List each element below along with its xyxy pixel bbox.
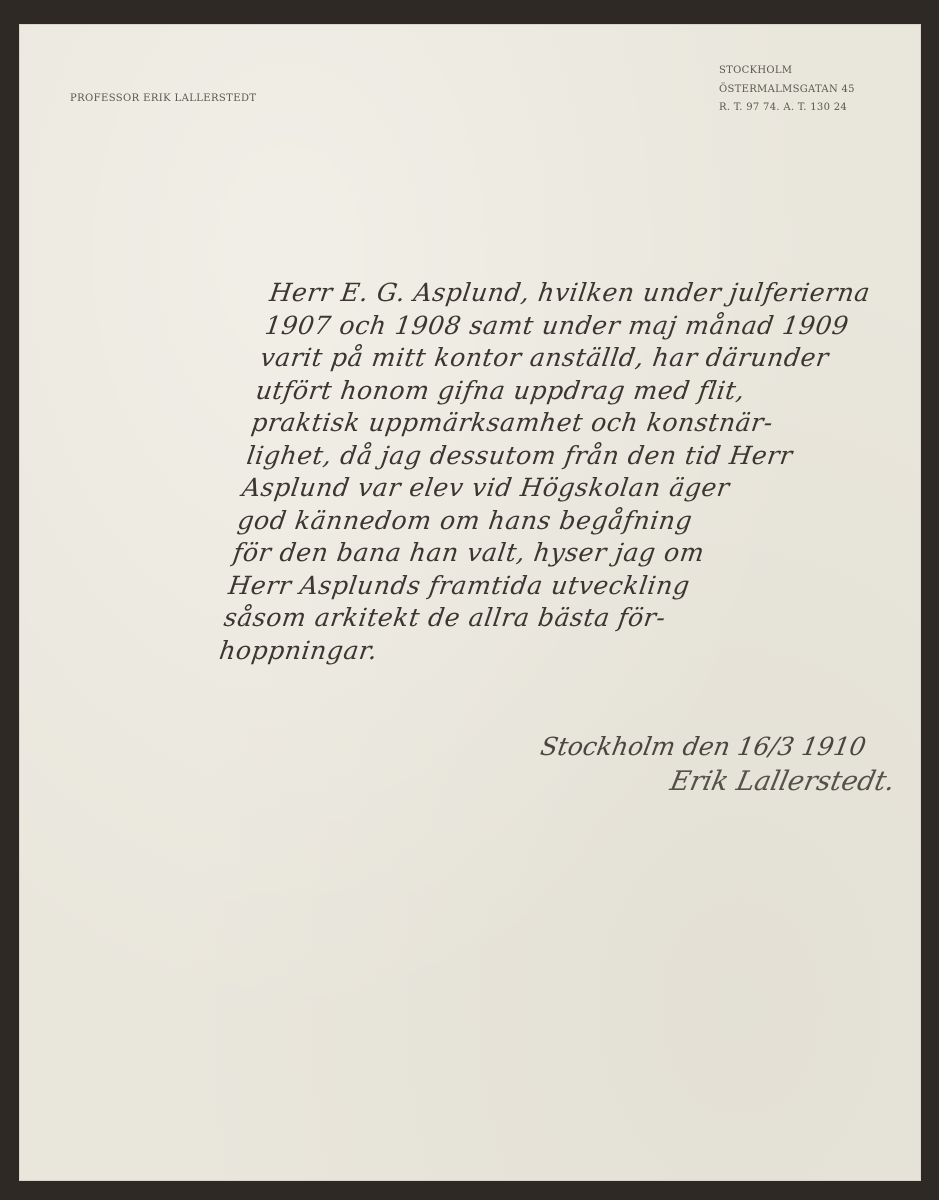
- letterhead-street: ÖSTERMALMSGATAN 45: [719, 81, 855, 100]
- letter-line: lighet, då jag dessutom från den tid Her…: [245, 440, 900, 473]
- handwritten-letter-body: Herr E. G. Asplund, hvilken under julfer…: [217, 277, 922, 667]
- letterhead-address: STOCKHOLM ÖSTERMALMSGATAN 45 R. T. 97 74…: [719, 62, 855, 118]
- letter-line: utfört honom gifna uppdrag med flit,: [254, 375, 909, 408]
- letterhead-name: PROFESSOR ERIK LALLERSTEDT: [70, 93, 256, 104]
- signature: Erik Lallerstedt.: [667, 766, 897, 797]
- letter-line: Asplund var elev vid Högskolan äger: [240, 472, 895, 505]
- letter-line: varit på mitt kontor anställd, har därun…: [258, 342, 913, 375]
- paper-speck: [243, 623, 245, 625]
- letter-line: god kännedom om hans begåfning: [235, 505, 890, 538]
- letter-line: för den bana han valt, hyser jag om: [231, 537, 886, 570]
- letter-line: hoppningar.: [217, 635, 872, 668]
- letter-line: 1907 och 1908 samt under maj månad 1909: [263, 310, 918, 343]
- place-and-date: Stockholm den 16/3 1910: [538, 729, 869, 765]
- paper-speck: [246, 577, 249, 580]
- letterhead-phone: R. T. 97 74. A. T. 130 24: [719, 99, 855, 118]
- letter-line: såsom arkitekt de allra bästa för-: [222, 602, 877, 635]
- letter-line: Herr Asplunds framtida utveckling: [226, 570, 881, 603]
- letter-page: PROFESSOR ERIK LALLERSTEDT STOCKHOLM ÖST…: [19, 24, 921, 1181]
- letter-line: Herr E. G. Asplund, hvilken under julfer…: [267, 277, 922, 310]
- letterhead-city: STOCKHOLM: [719, 62, 855, 81]
- letter-line: praktisk uppmärksamhet och konstnär-: [249, 407, 904, 440]
